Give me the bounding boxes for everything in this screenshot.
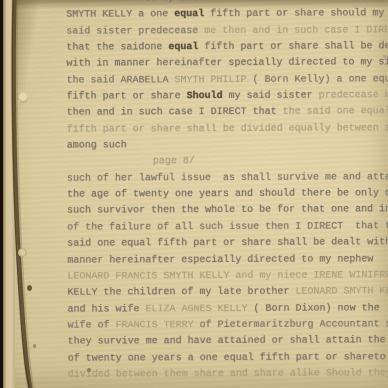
photograph: to my sister the said MARGARET LUCYSMYTH… (0, 0, 388, 388)
text-line: of twenty one years a one equal fifth pa… (68, 350, 388, 368)
paper-stain (27, 285, 32, 291)
text-line: said sister predecease me then and in su… (66, 23, 388, 41)
text-segment: manner hereinafter especially directed t… (67, 254, 373, 266)
text-segment: ( Born Kelly) a one equal (247, 74, 388, 86)
text-segment: fifth part or share shall be dealt (198, 41, 388, 53)
text-line: fifth part or share shall be divided equ… (67, 121, 388, 139)
text-segment: Should (187, 91, 223, 102)
text-line: KELLY the children of my late brother LE… (67, 284, 388, 302)
paper-stain (87, 368, 91, 372)
text-line: then and in such case I DIRECT that the … (67, 105, 388, 123)
text-segment: wife of (68, 320, 116, 331)
text-segment: such of her lawful issue as shall surviv… (67, 172, 388, 184)
text-segment: the said one equal (283, 107, 388, 118)
text-line: with in manner hereinafter specially dir… (66, 56, 388, 74)
text-segment: SMYTH KELLY a one (66, 10, 174, 21)
text-segment: divided between them share and share ali… (68, 368, 388, 380)
text-segment: said one equal fifth part or share shall… (67, 237, 388, 249)
text-segment: predecease me (319, 90, 388, 101)
binding-crease (0, 0, 60, 388)
text-line: such of her lawful issue as shall surviv… (67, 170, 388, 188)
text-segment: that the saidone (66, 42, 168, 53)
text-line: fifth part or share Should my said siste… (67, 88, 388, 106)
text-line: LEONARD FRANCIS SMYTH KELLY and my niece… (67, 268, 388, 286)
text-segment: of the failure of all such issue then I … (67, 221, 388, 233)
text-line: they survive me and have attained or sha… (68, 333, 388, 351)
text-segment: of twenty one years a one equal fifth pa… (68, 352, 388, 364)
text-segment: SMYTH PHILIP (175, 75, 247, 86)
paper-stain (18, 248, 27, 257)
text-line: among such (67, 137, 388, 155)
text-segment: fifth part or share shall be divided equ… (67, 123, 388, 135)
text-segment: then and in such case I DIRECT that (67, 107, 283, 119)
text-segment: ( Born Dixon) now the (248, 303, 380, 315)
text-segment: LEONARD FRANCIS SMYTH KELLY and my niece… (67, 270, 388, 282)
text-segment: fifth part or share should my (204, 9, 384, 21)
text-line: and his wife ELIZA AGNES KELLY ( Born Di… (68, 301, 388, 319)
text-line: such survivor then the whole to be for t… (67, 203, 388, 221)
paper-stain (33, 344, 36, 348)
text-line: divided between them share and share ali… (68, 366, 388, 384)
text-line: SMYTH KELLY a one equal fifth part or sh… (66, 7, 388, 25)
text-line: manner hereinafter especially directed t… (67, 252, 388, 270)
text-segment: fifth part or share (67, 91, 187, 103)
text-segment: said sister predecease (66, 26, 204, 38)
paper-stain (19, 92, 28, 103)
text-line: that the saidone equal fifth part or sha… (66, 39, 388, 57)
text-line: wife of FRANCIS TERRY of Pietermaritzbur… (68, 317, 388, 335)
text-segment: such survivor then the whole to be for t… (67, 205, 388, 218)
text-segment: and his wife (68, 304, 146, 315)
text-line: of the failure of all such issue then I … (67, 219, 388, 237)
text-segment: me then and in such case I DIRECT (204, 25, 388, 37)
text-segment: FRANCIS TERRY (116, 320, 194, 331)
text-line: page 8/ (153, 154, 388, 171)
text-segment: page 8/ (153, 157, 195, 168)
text-segment: among such (67, 141, 127, 152)
text-line: said one equal fifth part or share shall… (67, 235, 388, 253)
text-segment: the age of twenty one years and should t… (67, 188, 388, 200)
text-segment: KELLY the children of my late brother (67, 287, 295, 299)
text-segment: equal (174, 9, 204, 20)
text-line: the age of twenty one years and should t… (67, 186, 388, 204)
document-page: to my sister the said MARGARET LUCYSMYTH… (15, 0, 388, 388)
text-segment: of Pietermaritzburg Accountant should (194, 319, 388, 331)
text-segment: they survive me and have attained or sha… (68, 335, 388, 347)
text-segment: with in manner hereinafter specially dir… (66, 58, 388, 71)
text-segment: LEONARD SMYTH KELLY (295, 286, 388, 297)
typewritten-text: to my sister the said MARGARET LUCYSMYTH… (66, 0, 388, 384)
text-segment: to my sister the said MARGARET LUCY (144, 0, 354, 4)
text-segment: ELIZA AGNES KELLY (146, 303, 248, 314)
text-segment: my said sister (223, 91, 319, 102)
text-segment: the said ARABELLA (67, 75, 175, 86)
text-segment: equal (168, 42, 198, 53)
text-line: the said ARABELLA SMYTH PHILIP ( Born Ke… (67, 72, 388, 90)
